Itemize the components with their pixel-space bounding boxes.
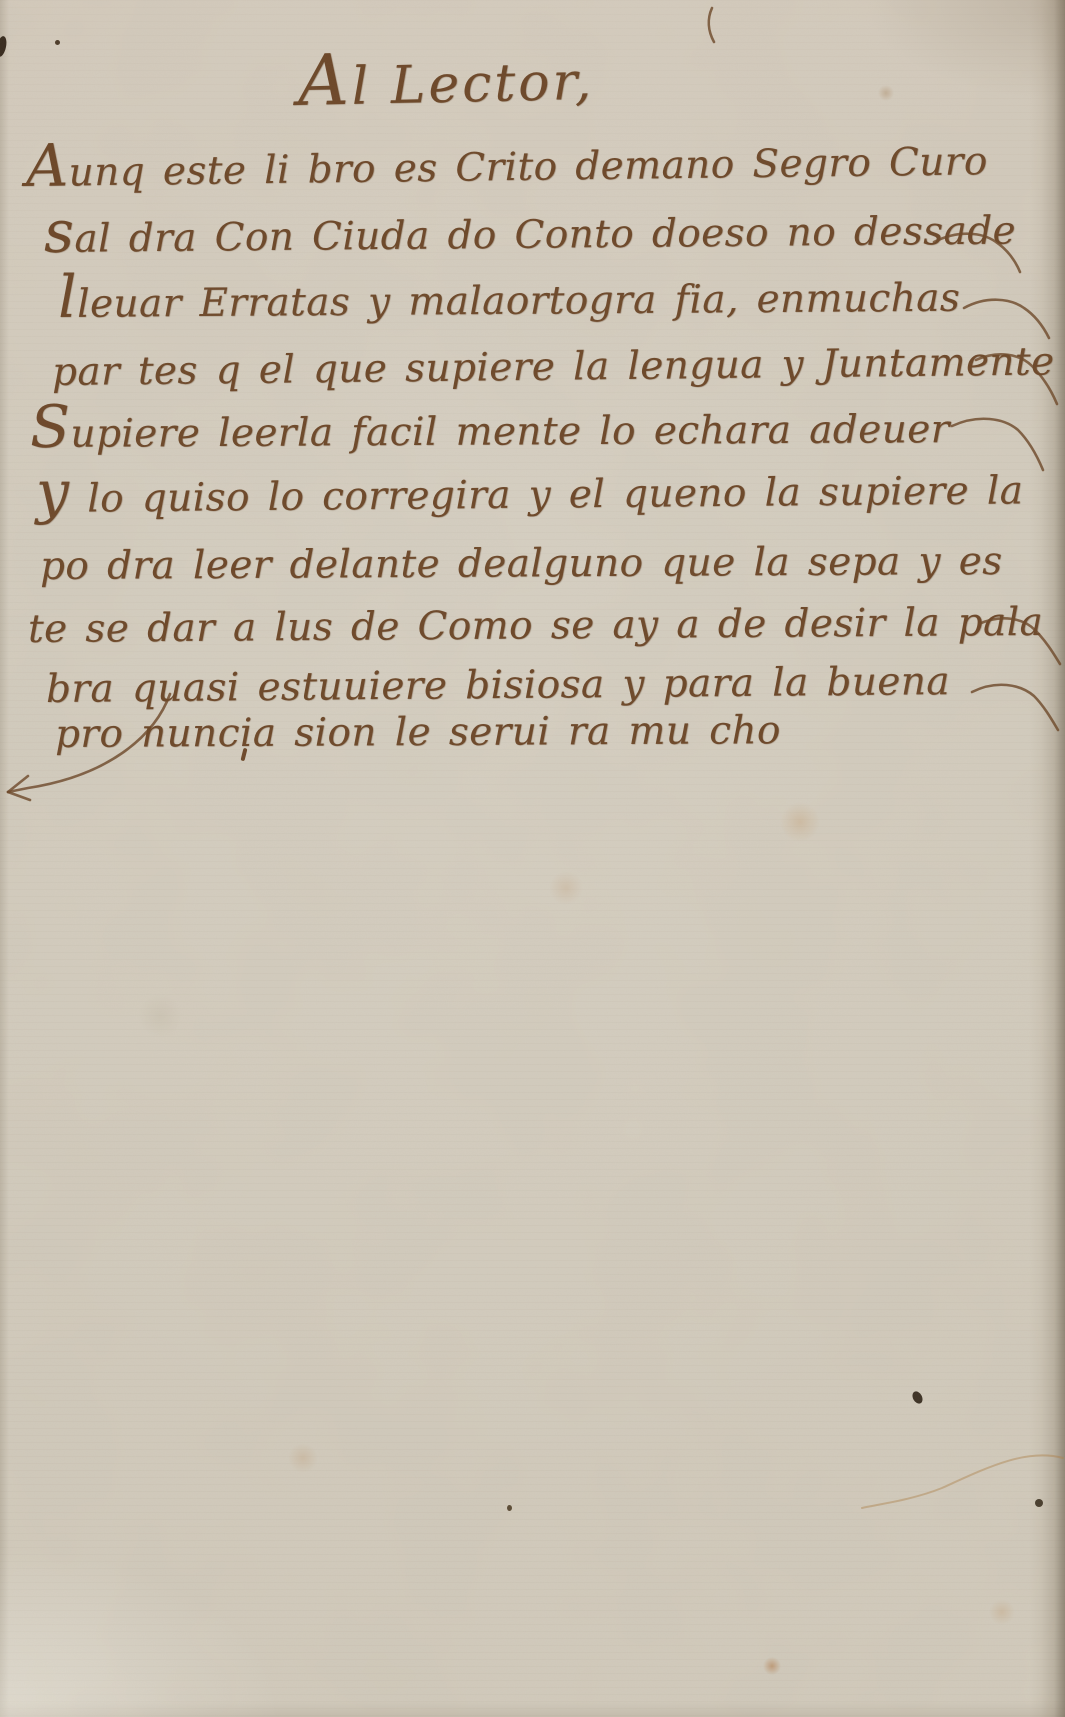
pen-flourish	[948, 412, 1048, 474]
ink-speck	[507, 1505, 512, 1511]
ink-speck	[910, 1390, 924, 1406]
manuscript-line: lleuar Erratas y malaortogra fia, enmuch…	[58, 275, 961, 329]
manuscript-line: te se dar a lus de Como se ay a de desir…	[28, 599, 1044, 654]
ink-speck	[55, 40, 60, 45]
ink-speck	[1035, 1499, 1043, 1507]
page-title: Al Lector,	[297, 52, 594, 118]
ink-speck	[0, 35, 8, 57]
paper-crease	[858, 1440, 1065, 1522]
manuscript-line: par tes q el que supiere la lengua y Jun…	[52, 339, 1055, 397]
manuscript-line: pro nuncia sion le serui ra mu cho	[55, 707, 781, 759]
manuscript-line: sal dra Con Ciuda do Conto doeso no dess…	[44, 208, 1016, 264]
manuscript-line: y lo quiso lo corregira y el queno la su…	[36, 467, 1024, 524]
manuscript-line: Supiere leerla facil mente lo echara ade…	[30, 406, 950, 459]
manuscript-line: bra quasi estuuiere bisiosa y para la bu…	[46, 658, 950, 714]
manuscript-line: po dra leer delante dealguno que la sepa…	[40, 538, 1003, 591]
pen-flourish	[960, 290, 1055, 342]
ink-tick	[703, 6, 723, 46]
manuscript-page: Al Lector, Aunq este li bro es Crito dem…	[0, 0, 1065, 1717]
pen-flourish	[968, 676, 1063, 734]
manuscript-line: Aunq este li bro es Crito demano Segro C…	[26, 138, 988, 198]
